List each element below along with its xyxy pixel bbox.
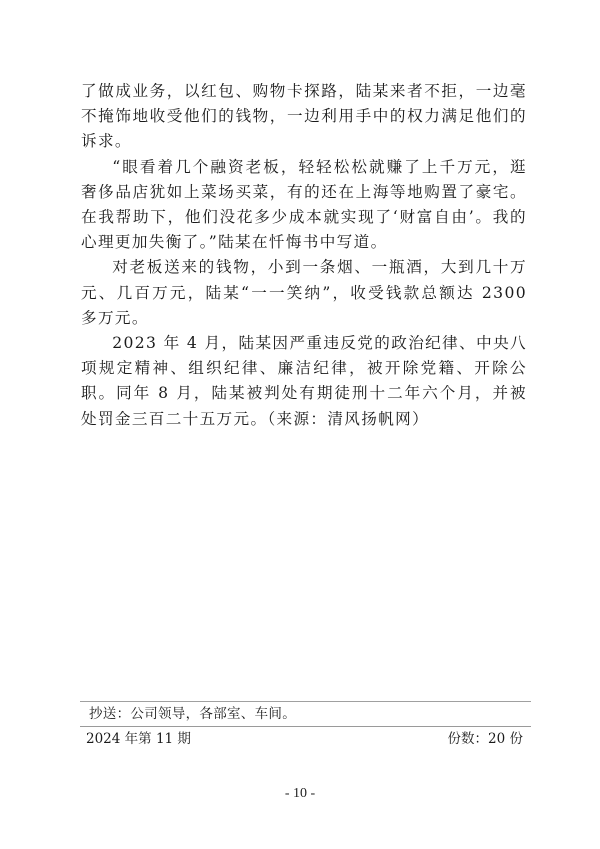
cc-line: 抄送：公司领导，各部室、车间。 bbox=[80, 702, 531, 726]
distribution-footer: 抄送：公司领导，各部室、车间。 2024 年第 11 期 份数：20 份 bbox=[80, 701, 531, 751]
page-number: - 10 - bbox=[0, 786, 600, 802]
copy-count: 份数：20 份 bbox=[448, 727, 523, 751]
paragraph-bribes: 对老板送来的钱物，小到一条烟、一瓶酒，大到几十万元、几百万元，陆某“一一笑纳”，… bbox=[81, 255, 527, 331]
document-page: 了做成业务，以红包、购物卡探路，陆某来者不拒，一边毫不掩饰地收受他们的钱物，一边… bbox=[0, 0, 600, 849]
paragraph-verdict: 2023 年 4 月，陆某因严重违反党的政治纪律、中央八项规定精神、组织纪律、廉… bbox=[81, 331, 527, 432]
issue-row: 2024 年第 11 期 份数：20 份 bbox=[80, 727, 531, 751]
article-body: 了做成业务，以红包、购物卡探路，陆某来者不拒，一边毫不掩饰地收受他们的钱物，一边… bbox=[81, 79, 527, 432]
paragraph-quote: “眼看着几个融资老板，轻轻松松就赚了上千万元，逛奢侈品店犹如上菜场买菜，有的还在… bbox=[81, 155, 527, 256]
paragraph-continued: 了做成业务，以红包、购物卡探路，陆某来者不拒，一边毫不掩饰地收受他们的钱物，一边… bbox=[81, 79, 527, 155]
issue-number: 2024 年第 11 期 bbox=[86, 727, 191, 751]
